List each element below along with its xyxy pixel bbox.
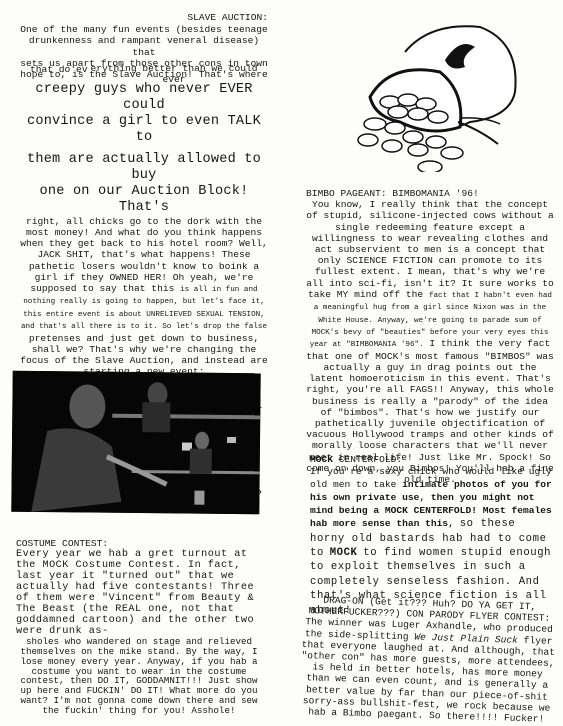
slave-auction-large-text: creepy guys who never EVER could: [20, 82, 268, 114]
bimbo-pageant-section: BIMBO PAGEANT: BIMBOMANIA '96! You know,…: [306, 188, 554, 485]
slave-auction-large-text: one on our Auction Block! That's: [20, 184, 268, 216]
bimbo-pageant-text: You know, I really think that the concep…: [306, 199, 554, 485]
centerfold-bold-text: MOCK: [330, 547, 358, 559]
slave-auction-text: hope to, is the Slave Auction! That's wh…: [20, 69, 268, 80]
costume-contest-text: Every year we hab a gret turnout at the …: [16, 549, 262, 637]
slave-auction-large-text: convince a girl to even TALK to: [20, 114, 268, 146]
convention-photo: [11, 371, 260, 515]
dragon-contest-text: The winner was Luger Axhandle, who produ…: [298, 616, 557, 725]
slave-auction-large-text: them are actually allowed to buy: [20, 152, 268, 184]
bimbo-pageant-paragraph: You know, I really think that the concep…: [306, 199, 554, 300]
dragon-contest-section: DRAG-ON (Get it??? Huh? DO YA GET IT, MO…: [298, 594, 558, 725]
mock-centerfold-section: MOCK CENTERFOLD: If you're a sexy chick …: [310, 454, 554, 618]
slave-auction-text: drunkenness and rampant veneral disease)…: [20, 35, 268, 57]
slave-auction-heading: SLAVE AUCTION:: [20, 12, 268, 23]
centerfold-heading-bold: MOCK: [310, 454, 333, 465]
costume-contest-heading: COSTUME CONTEST:: [16, 538, 262, 549]
centerfold-heading-text: CENTERFOLD:: [333, 454, 402, 465]
dragon-contest-paragraph: flyer that everyone laughed at. And alth…: [301, 635, 555, 725]
costume-contest-text: sholes who wandered on stage and relieve…: [16, 637, 262, 715]
costume-contest-section: COSTUME CONTEST: Every year we hab a gre…: [16, 538, 262, 716]
money-bag-icon: [340, 22, 520, 172]
slave-auction-text: right, all chicks go to the dork with th…: [20, 216, 268, 378]
mock-centerfold-heading: MOCK CENTERFOLD:: [310, 454, 554, 465]
photo-image: [11, 371, 260, 515]
bimbo-pageant-heading: BIMBO PAGEANT: BIMBOMANIA '96!: [306, 188, 554, 199]
slave-auction-paragraph: right, all chicks go to the dork with th…: [20, 216, 268, 294]
overlapping-text: sets us apart from those other cons in t…: [20, 58, 268, 80]
slave-auction-text: One of the many fun events (besides teen…: [20, 24, 268, 35]
money-bag-illustration: [340, 22, 520, 172]
